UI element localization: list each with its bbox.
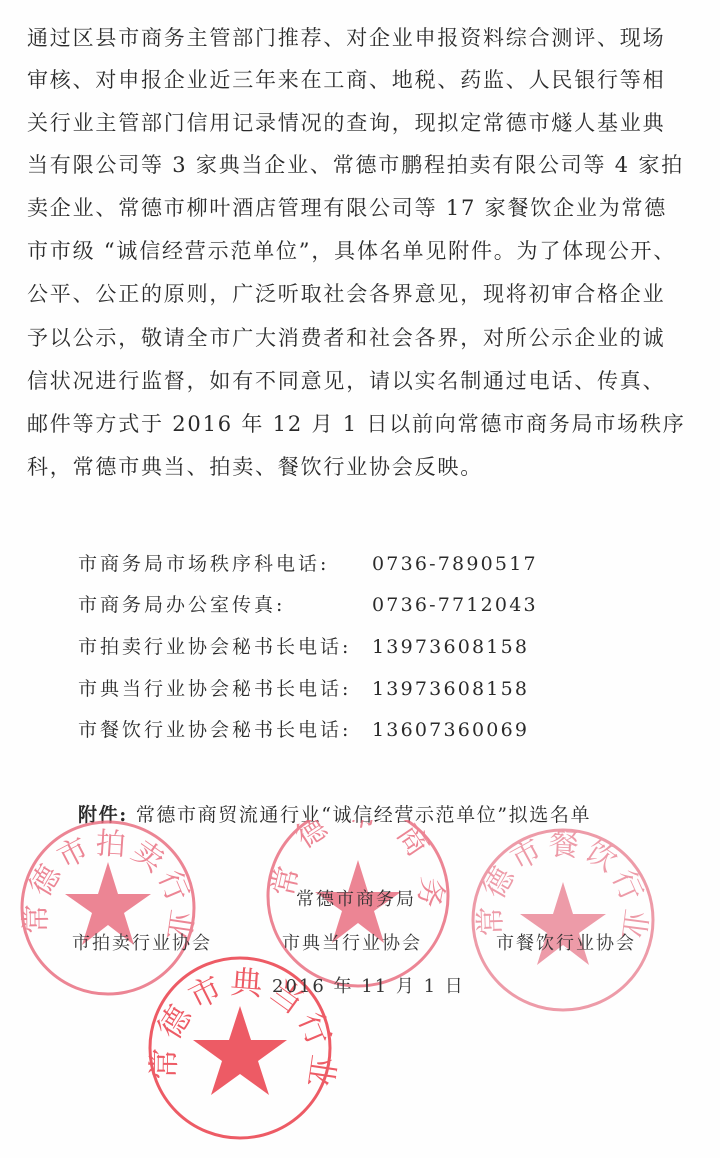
- paragraph-line: 公平、公正的原则，广泛听取社会各界意见，现将初审合格企业: [27, 279, 665, 309]
- contact-phone: 0736-7890517: [372, 550, 538, 578]
- signature-commerce-bureau: 常德市商务局: [296, 887, 416, 913]
- contact-label: 市餐饮行业协会秘书长电话:: [78, 716, 351, 744]
- contact-phone: 13973608158: [372, 633, 529, 661]
- contact-label: 市商务局办公室传真:: [78, 591, 285, 619]
- contact-label: 市拍卖行业协会秘书长电话:: [78, 633, 351, 661]
- paragraph-line: 邮件等方式于 2016 年 12 月 1 日以前向常德市商务局市场秩序: [27, 409, 686, 439]
- contact-phone: 13607360069: [372, 716, 529, 744]
- paragraph-line: 关行业主管部门信用记录情况的查询，现拟定常德市燧人基业典: [27, 108, 665, 138]
- contact-label: 市典当行业协会秘书长电话:: [78, 675, 351, 703]
- contact-fax: 0736-7712043: [372, 591, 538, 619]
- star-icon: [193, 1006, 287, 1095]
- paragraph-line: 信状况进行监督，如有不同意见，请以实名制通过电话、传真、: [27, 366, 665, 396]
- seal-auction-association: 常德市拍卖行业协会: [0, 820, 199, 994]
- signature-date: 2016 年 11 月 1 日: [272, 974, 465, 1000]
- contact-label: 市商务局市场秩序科电话:: [78, 550, 329, 578]
- paragraph-line: 通过区县市商务主管部门推荐、对企业申报资料综合测评、现场: [27, 23, 665, 53]
- document-page: 通过区县市商务主管部门推荐、对企业申报资料综合测评、现场 审核、对申报企业近三年…: [0, 0, 720, 1158]
- paragraph-line: 卖企业、常德市柳叶酒店管理有限公司等 17 家餐饮企业为常德: [27, 193, 667, 223]
- contact-phone: 13973608158: [372, 675, 529, 703]
- signature-auction-association: 市拍卖行业协会: [72, 931, 212, 957]
- signature-pawn-association: 市典当行业协会: [282, 931, 422, 957]
- paragraph-line: 审核、对申报企业近三年来在工商、地税、药监、人民银行等相: [27, 65, 665, 95]
- signature-catering-association: 市餐饮行业协会: [496, 931, 636, 957]
- paragraph-line: 予以公示，敬请全市广大消费者和社会各界，对所公示企业的诚: [27, 323, 665, 353]
- paragraph-line: 市市级 “诚信经营示范单位”，具体名单见附件。为了体现公开、: [27, 236, 676, 266]
- paragraph-line: 当有限公司等 3 家典当企业、常德市鹏程拍卖有限公司等 4 家拍: [27, 150, 684, 180]
- paragraph-line: 科，常德市典当、拍卖、餐饮行业协会反映。: [27, 452, 483, 482]
